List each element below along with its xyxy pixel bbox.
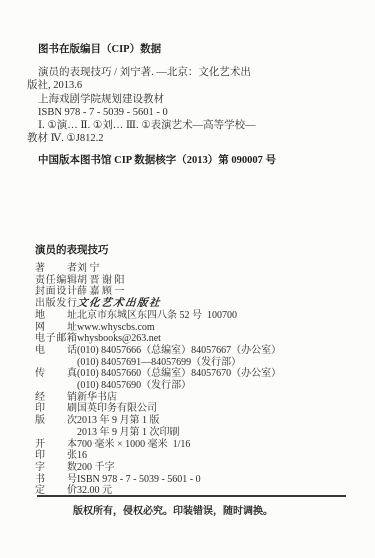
info-value: (010) 84057691—84057699（发行部） <box>77 357 241 369</box>
info-row-word-count: 字数 200 千字 <box>35 462 360 474</box>
info-row-fax: 传真 (010) 84057660（总编室）84057670（办公室） <box>35 368 360 380</box>
info-label: 印张 <box>35 450 77 462</box>
info-label: 地址 <box>35 310 77 322</box>
info-value: 16 <box>77 450 87 462</box>
info-row-phone: 电话 (010) 84057666（总编室）84057667（办公室） <box>35 345 360 357</box>
info-value: (010) 84057660（总编室）84057670（办公室） <box>77 368 281 380</box>
info-label: 责任编辑 <box>35 275 77 287</box>
cip-registration-number: 中国版本图书馆 CIP 数据核字（2013）第 090007 号 <box>27 154 357 167</box>
info-value: ISBN 978 - 7 - 5039 - 5601 - 0 <box>77 474 201 486</box>
info-value: www.whyscbs.com <box>77 322 155 334</box>
info-label: 传真 <box>35 368 77 380</box>
info-value: 新华书店 <box>77 392 117 404</box>
info-row-address: 地址 北京市东城区东四八条 52 号 100700 <box>35 310 360 322</box>
info-row-phone-2: (010) 84057691—84057699（发行部） <box>35 357 360 369</box>
info-value: (010) 84057690（发行部） <box>77 380 191 392</box>
info-label <box>35 427 77 439</box>
info-row-editor: 责任编辑 胡 晋 谢 阳 <box>35 275 360 287</box>
cip-line: Ⅰ. ①演… Ⅱ. ①刘… Ⅲ. ①表演艺术—高等学校— <box>27 119 357 132</box>
info-label: 字数 <box>35 462 77 474</box>
info-label: 电话 <box>35 345 77 357</box>
info-label: 开本 <box>35 439 77 451</box>
info-label: 经销 <box>35 392 77 404</box>
publisher-logo-text: 文化艺术出版社 <box>76 298 161 310</box>
cip-line: 教材 Ⅳ. ①J812.2 <box>27 132 357 145</box>
info-row-website: 网址 www.whyscbs.com <box>35 322 360 334</box>
info-label: 印刷 <box>35 403 77 415</box>
book-title: 演员的表现技巧 <box>35 244 360 257</box>
info-row-printer: 印刷 国英印务有限公司 <box>35 403 360 415</box>
info-row-author: 著者 刘 宁 <box>35 263 360 275</box>
cip-line: 上海戏剧学院规划建设教材 <box>27 93 357 106</box>
info-row-publisher: 出版发行 文化艺术出版社 <box>35 298 360 310</box>
divider-rule <box>37 495 346 497</box>
cip-line: 版社, 2013.6 <box>27 79 357 92</box>
info-label: 版次 <box>35 415 77 427</box>
info-value: 200 千字 <box>77 462 115 474</box>
info-label: 著者 <box>35 263 77 275</box>
info-value: 700 毫米 × 1000 毫米 1/16 <box>77 439 190 451</box>
book-info-block: 演员的表现技巧 著者 刘 宁 责任编辑 胡 晋 谢 阳 封面设计 薛 嘉 顾 一… <box>35 244 360 497</box>
info-value: 胡 晋 谢 阳 <box>77 275 125 287</box>
info-label: 电子邮箱 <box>35 333 77 345</box>
info-label <box>35 357 77 369</box>
info-value: whysbooks@263.net <box>77 333 161 345</box>
info-value: 北京市东城区东四八条 52 号 100700 <box>77 310 237 322</box>
info-label: 网址 <box>35 322 77 334</box>
cip-block: 图书在版编目（CIP）数据 演员的表现技巧 / 刘宁著. —北京：文化艺术出 版… <box>27 43 357 168</box>
info-value: (010) 84057666（总编室）84057667（办公室） <box>77 345 281 357</box>
cip-line: 演员的表现技巧 / 刘宁著. —北京：文化艺术出 <box>27 66 357 79</box>
info-row-sheets: 印张 16 <box>35 450 360 462</box>
info-row-edition-2: 2013 年 9 月第 1 次印刷 <box>35 427 360 439</box>
copyright-page: 图书在版编目（CIP）数据 演员的表现技巧 / 刘宁著. —北京：文化艺术出 版… <box>0 0 375 558</box>
info-value: 国英印务有限公司 <box>77 403 157 415</box>
info-value: 薛 嘉 顾 一 <box>77 286 125 298</box>
info-value: 刘 宁 <box>77 263 100 275</box>
copyright-note: 版权所有，侵权必究。印装错误，随时调换。 <box>73 502 273 517</box>
cip-header: 图书在版编目（CIP）数据 <box>27 43 357 56</box>
info-row-email: 电子邮箱 whysbooks@263.net <box>35 333 360 345</box>
cip-line: ISBN 978 - 7 - 5039 - 5601 - 0 <box>27 106 357 119</box>
info-value: 2013 年 9 月第 1 版 <box>77 415 160 427</box>
info-row-isbn: 书号 ISBN 978 - 7 - 5039 - 5601 - 0 <box>35 474 360 486</box>
info-value: 2013 年 9 月第 1 次印刷 <box>77 427 180 439</box>
info-label: 封面设计 <box>35 286 77 298</box>
info-row-fax-2: (010) 84057690（发行部） <box>35 380 360 392</box>
info-label: 书号 <box>35 474 77 486</box>
info-row-format: 开本 700 毫米 × 1000 毫米 1/16 <box>35 439 360 451</box>
info-label: 出版发行 <box>35 298 77 310</box>
info-label <box>35 380 77 392</box>
info-row-distributor: 经销 新华书店 <box>35 392 360 404</box>
info-row-cover-design: 封面设计 薛 嘉 顾 一 <box>35 286 360 298</box>
info-row-edition: 版次 2013 年 9 月第 1 版 <box>35 415 360 427</box>
